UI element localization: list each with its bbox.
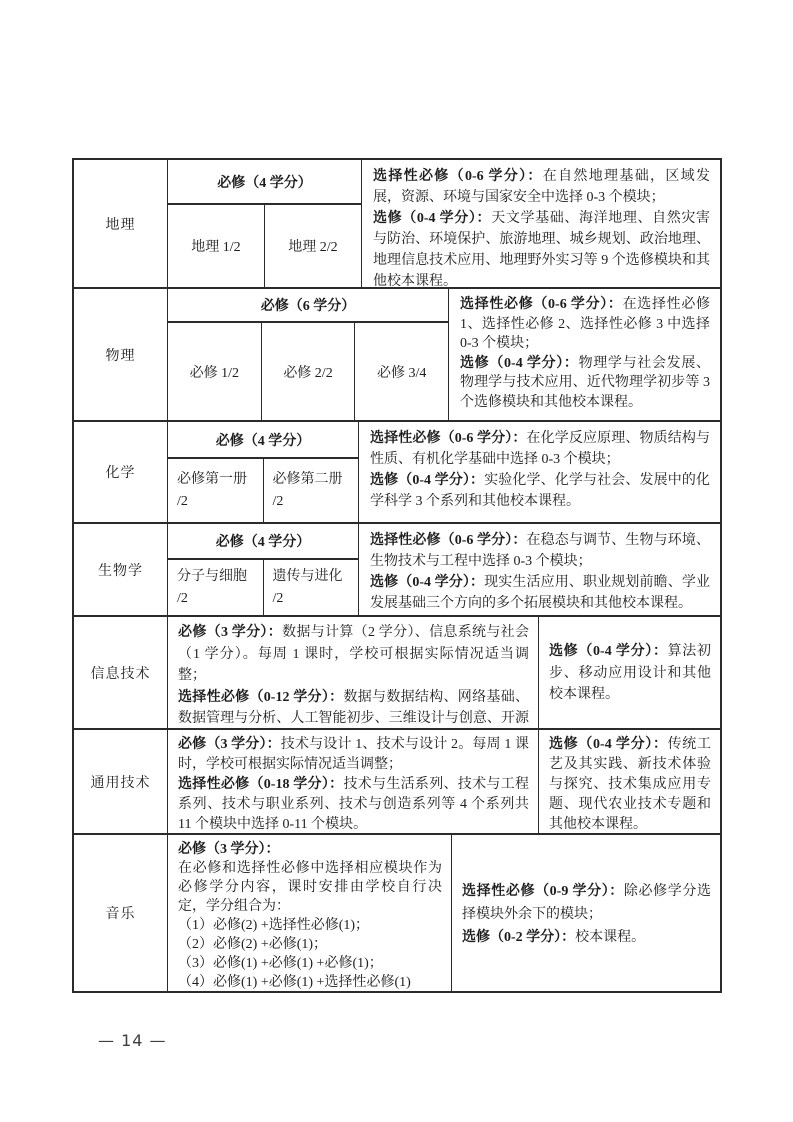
elective-note: 选修（0-4 学分）：算法初步、移动应用设计和其他校本课程。 [549,641,711,706]
required-credits-cell: 必修（3 学分）： 在必修和选择性必修中选择相应模块作为必修学分内容，课时安排由… [168,835,452,991]
table-row-geography: 地理 必修（4 学分） 地理 1/2 地理 2/2 选择性必修（0-6 学分）：… [74,160,720,289]
subject-cell: 物理 [74,289,168,420]
subject-cell: 生物学 [74,524,168,615]
course-note: 必修（3 学分）：数据与计算（2 学分）、信息系统与社会（1 学分）。每周 1 … [178,622,529,687]
module-cell: 地理 1/2 [168,205,265,287]
required-header-label: 必修（4 学分） [216,531,311,551]
note-label: 选择性必修（0-6 学分）： [373,169,543,184]
note-label: 选择性必修（0-9 学分）： [462,884,624,899]
note-text: 校本课程。 [575,930,645,945]
document-page: 地理 必修（4 学分） 地理 1/2 地理 2/2 选择性必修（0-6 学分）：… [0,0,793,1122]
subject-cell: 信息技术 [74,617,168,728]
module-cells: 必修第一册 /2 必修第二册 /2 [168,459,358,522]
note-label: 选修（0-4 学分）： [370,473,484,488]
module-cell: 必修 1/2 [168,323,262,420]
optional-electives-cell: 选择性必修（0-9 学分）：除必修学分选择模块外余下的模块； 选修（0-2 学分… [452,835,720,991]
subject-cell: 通用技术 [74,730,168,833]
note-label: 选择性必修（0-18 学分）： [178,777,343,792]
required-header-label: 必修（4 学分） [217,172,312,192]
required-header-label: 必修（6 学分） [261,295,356,315]
credit-option: （2）必修(2) +必修(1)； [178,935,442,954]
note-label: 选修（0-2 学分）： [462,930,575,945]
elective-note: 选择性必修（0-6 学分）：在选择性必修 1、选择性必修 2、选择性必修 3 中… [460,295,710,354]
subject-cell: 地理 [74,160,168,287]
elective-note: 选修（0-4 学分）：天文学基础、海洋地理、自然灾害与防治、环境保护、旅游地理、… [373,208,710,287]
elective-note: 选择性必修（0-9 学分）：除必修学分选择模块外余下的模块； [462,880,711,926]
note-label: 选择性必修（0-6 学分）： [370,533,527,548]
electives-cell: 选择性必修（0-6 学分）：在稳态与调节、生物与环境、生物技术与工程中选择 0-… [359,524,720,615]
required-header-cell: 必修（4 学分） [168,422,358,459]
module-cell: 必修第二册 /2 [264,459,359,522]
module-cell: 地理 2/2 [265,205,361,287]
required-section: 必修（4 学分） 地理 1/2 地理 2/2 [168,160,362,287]
table-row-information-technology: 信息技术 必修（3 学分）：数据与计算（2 学分）、信息系统与社会（1 学分）。… [74,617,720,730]
elective-note: 选择性必修（0-6 学分）：在化学反应原理、物质结构与性质、有机化学基础中选择 … [370,428,710,470]
subject-label: 生物学 [98,560,143,580]
subject-label: 音乐 [106,903,136,923]
credit-option: （1）必修(2) +选择性必修(1)； [178,916,442,935]
elective-note: 选修（0-2 学分）：校本课程。 [462,926,711,949]
note-label: 必修（3 学分）： [178,625,282,640]
note-label: 选修（0-4 学分）： [460,356,579,371]
credit-option: （4）必修(1) +必修(1) +选择性必修(1) [178,973,442,991]
optional-electives-cell: 选修（0-4 学分）：算法初步、移动应用设计和其他校本课程。 [539,617,720,728]
subject-label: 地理 [106,214,136,234]
required-header-cell: 必修（6 学分） [168,289,448,323]
required-section: 必修（4 学分） 分子与细胞 /2 遗传与进化 /2 [168,524,359,615]
elective-note: 选修（0-4 学分）：现实生活应用、职业规划前瞻、学业发展基础三个方向的多个拓展… [370,572,710,614]
electives-cell: 选择性必修（0-6 学分）：在化学反应原理、物质结构与性质、有机化学基础中选择 … [359,422,720,522]
elective-note: 选择性必修（0-6 学分）：在稳态与调节、生物与环境、生物技术与工程中选择 0-… [370,530,710,572]
course-note: 必修（3 学分）：技术与设计 1、技术与设计 2。每周 1 课时，学校可根据实际… [178,735,529,775]
module-cells: 分子与细胞 /2 遗传与进化 /2 [168,560,358,615]
note-label: 选修（0-4 学分）： [549,644,668,659]
elective-note: 选修（0-4 学分）：物理学与社会发展、物理学与技术应用、近代物理学初步等 3 … [460,354,710,413]
note-label: 选修（0-4 学分）： [370,575,484,590]
table-row-chemistry: 化学 必修（4 学分） 必修第一册 /2 必修第二册 /2 选择性必修（0-6 … [74,422,720,524]
elective-note: 选修（0-4 学分）：传统工艺及其实践、新技术体验与探究、技术集成应用专题、现代… [549,735,711,833]
module-cell: 遗传与进化 /2 [264,560,359,615]
subject-cell: 音乐 [74,835,168,991]
module-cell: 必修 3/4 [355,323,448,420]
required-description: 在必修和选择性必修中选择相应模块作为必修学分内容，课时安排由学校自行决定，学分组… [178,859,442,916]
curriculum-table: 地理 必修（4 学分） 地理 1/2 地理 2/2 选择性必修（0-6 学分）：… [72,158,722,993]
required-header-cell: 必修（4 学分） [168,524,358,560]
module-cell: 必修第一册 /2 [168,459,264,522]
table-row-music: 音乐 必修（3 学分）： 在必修和选择性必修中选择相应模块作为必修学分内容，课时… [74,835,720,991]
note-label: 选修（0-4 学分）： [373,211,491,226]
required-and-electives-cell: 必修（3 学分）：技术与设计 1、技术与设计 2。每周 1 课时，学校可根据实际… [168,730,539,833]
note-label: 选修（0-4 学分）： [549,737,668,752]
module-cell: 分子与细胞 /2 [168,560,264,615]
table-row-general-technology: 通用技术 必修（3 学分）：技术与设计 1、技术与设计 2。每周 1 课时，学校… [74,730,720,835]
course-note: 选择性必修（0-18 学分）：技术与生活系列、技术与工程系列、技术与职业系列、技… [178,775,529,833]
table-row-physics: 物理 必修（6 学分） 必修 1/2 必修 2/2 必修 3/4 选择性必修（0… [74,289,720,422]
module-cells: 地理 1/2 地理 2/2 [168,205,361,287]
elective-note: 选择性必修（0-6 学分）：在自然地理基础，区域发展，资源、环境与国家安全中选择… [373,166,710,208]
course-note: 选择性必修（0-12 学分）：数据与数据结构、网络基础、数据管理与分析、人工智能… [178,687,529,729]
note-label: 必修（3 学分）： [178,737,281,752]
electives-cell: 选择性必修（0-6 学分）：在选择性必修 1、选择性必修 2、选择性必修 3 中… [449,289,720,420]
module-cell: 必修 2/2 [262,323,356,420]
module-cells: 必修 1/2 必修 2/2 必修 3/4 [168,323,448,420]
required-header-label: 必修（3 学分）： [178,840,442,859]
required-header-cell: 必修（4 学分） [168,160,361,205]
required-header-label: 必修（4 学分） [216,430,311,450]
required-section: 必修（4 学分） 必修第一册 /2 必修第二册 /2 [168,422,359,522]
required-section: 必修（6 学分） 必修 1/2 必修 2/2 必修 3/4 [168,289,449,420]
subject-label: 信息技术 [91,663,151,683]
table-row-biology: 生物学 必修（4 学分） 分子与细胞 /2 遗传与进化 /2 选择性必修（0-6… [74,524,720,617]
note-label: 选择性必修（0-12 学分）： [178,690,343,705]
subject-cell: 化学 [74,422,168,522]
credit-option: （3）必修(1) +必修(1) +必修(1)； [178,954,442,973]
note-label: 选择性必修（0-6 学分）： [370,431,527,446]
optional-electives-cell: 选修（0-4 学分）：传统工艺及其实践、新技术体验与探究、技术集成应用专题、现代… [539,730,720,833]
required-and-electives-cell: 必修（3 学分）：数据与计算（2 学分）、信息系统与社会（1 学分）。每周 1 … [168,617,539,728]
elective-note: 选修（0-4 学分）：实验化学、化学与社会、发展中的化学科学 3 个系列和其他校… [370,470,710,512]
subject-label: 物理 [106,345,136,365]
subject-label: 通用技术 [91,772,151,792]
note-label: 选择性必修（0-6 学分）： [460,297,623,312]
subject-label: 化学 [106,462,136,482]
electives-cell: 选择性必修（0-6 学分）：在自然地理基础，区域发展，资源、环境与国家安全中选择… [362,160,720,287]
page-number: — 14 — [98,1031,167,1050]
